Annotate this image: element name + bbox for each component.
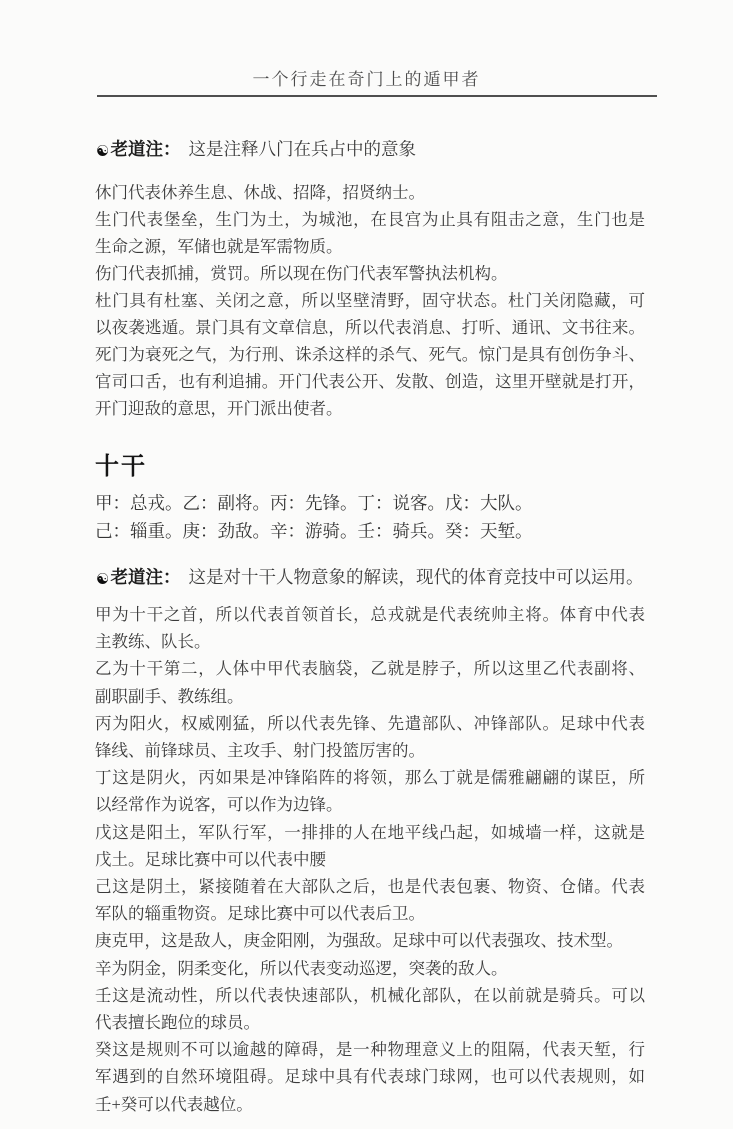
text-line: 庚克甲，这是敌人，庚金阳刚，为强敌。足球中可以代表强攻、技术型。 (95, 927, 645, 954)
document-page: 一个行走在奇门上的遁甲者 ☯老道注：这是注释八门在兵占中的意象 休门代表休养生息… (0, 0, 733, 1129)
yinyang-icon: ☯ (96, 570, 109, 588)
text-line: 丙为阳火，权威刚猛，所以代表先锋、先遣部队、冲锋部队。足球中代表 (95, 710, 645, 737)
text-line: 己：辎重。庚：劲敌。辛：游骑。壬：骑兵。癸：天堑。 (95, 518, 655, 546)
text-line: 军队的辎重物资。足球比赛中可以代表后卫。 (95, 900, 645, 927)
text-line: 副职副手、教练组。 (95, 683, 645, 710)
text-line: 杜门具有杜塞、关闭之意，所以坚壁清野，固守状态。杜门关闭隐藏，可 (95, 287, 645, 314)
text-line: 代表擅长跑位的球员。 (95, 1009, 645, 1036)
text-line: 开门迎敌的意思，开门派出使者。 (95, 395, 645, 422)
text-line: 己这是阴土，紧接随着在大部队之后，也是代表包裹、物资、仓储。代表 (95, 873, 645, 900)
text-line: 死门为衰死之气，为行刑、诛杀这样的杀气、死气。惊门是具有创伤争斗、 (95, 341, 645, 368)
note-label: 老道注： (110, 139, 180, 159)
text-line: 休门代表休养生息、休战、招降，招贤纳士。 (95, 179, 645, 206)
note-text: 这是注释八门在兵占中的意象 (188, 139, 416, 159)
text-line: 官司口舌，也有利追捕。开门代表公开、发散、创造，这里开壁就是打开， (95, 368, 645, 395)
laodao-note-shigan: ☯老道注：这是对十干人物意象的解读，现代的体育竞技中可以运用。 (96, 564, 656, 589)
text-line: 壬+癸可以代表越位。 (95, 1091, 645, 1118)
text-line: 生命之源，军储也就是军需物质。 (95, 233, 645, 260)
text-line: 戊土。足球比赛中可以代表中腰 (95, 846, 645, 873)
text-line: 乙为十干第二，人体中甲代表脑袋，乙就是脖子，所以这里乙代表副将、 (95, 655, 645, 682)
text-line: 辛为阴金，阴柔变化，所以代表变动巡逻，突袭的敌人。 (95, 955, 645, 982)
text-line: 伤门代表抓捕，赏罚。所以现在伤门代表军警执法机构。 (95, 260, 645, 287)
text-line: 主教练、队长。 (95, 628, 645, 655)
page-header-title: 一个行走在奇门上的遁甲者 (0, 65, 733, 90)
shigan-summary: 甲：总戎。乙：副将。丙：先锋。丁：说客。戊：大队。 己：辎重。庚：劲敌。辛：游骑… (95, 490, 655, 545)
text-line: 戊这是阳土，军队行军，一排排的人在地平线凸起，如城墙一样，这就是 (95, 819, 645, 846)
text-line: 癸这是规则不可以逾越的障碍，是一种物理意义上的阻隔，代表天堑，行 (95, 1036, 645, 1063)
note-text: 这是对十干人物意象的解读，现代的体育竞技中可以运用。 (188, 567, 643, 587)
text-line: 丁这是阴火，丙如果是冲锋陷阵的将领，那么丁就是儒雅翩翩的谋臣，所 (95, 764, 645, 791)
text-line: 生门代表堡垒，生门为土，为城池，在艮宫为止具有阻击之意，生门也是 (95, 206, 645, 233)
bamen-paragraphs: 休门代表休养生息、休战、招降，招贤纳士。 生门代表堡垒，生门为土，为城池，在艮宫… (95, 179, 645, 422)
shigan-paragraphs: 甲为十干之首，所以代表首领首长，总戎就是代表统帅主将。体育中代表 主教练、队长。… (95, 601, 645, 1118)
text-line: 甲：总戎。乙：副将。丙：先锋。丁：说客。戊：大队。 (95, 490, 655, 518)
laodao-note-bamen: ☯老道注：这是注释八门在兵占中的意象 (96, 136, 656, 161)
note-label: 老道注： (110, 567, 180, 587)
text-line: 以夜袭逃遁。景门具有文章信息，所以代表消息、打听、通讯、文书往来。 (95, 314, 645, 341)
text-line: 锋线、前锋球员、主攻手、射门投篮厉害的。 (95, 737, 645, 764)
shigan-heading: 十干 (95, 446, 147, 481)
yinyang-icon: ☯ (96, 142, 109, 160)
text-line: 军遇到的自然环境阻碍。足球中具有代表球门球网，也可以代表规则，如 (95, 1063, 645, 1090)
text-line: 壬这是流动性，所以代表快速部队，机械化部队，在以前就是骑兵。可以 (95, 982, 645, 1009)
text-line: 以经常作为说客，可以作为边锋。 (95, 791, 645, 818)
header-divider (97, 95, 657, 97)
text-line: 甲为十干之首，所以代表首领首长，总戎就是代表统帅主将。体育中代表 (95, 601, 645, 628)
